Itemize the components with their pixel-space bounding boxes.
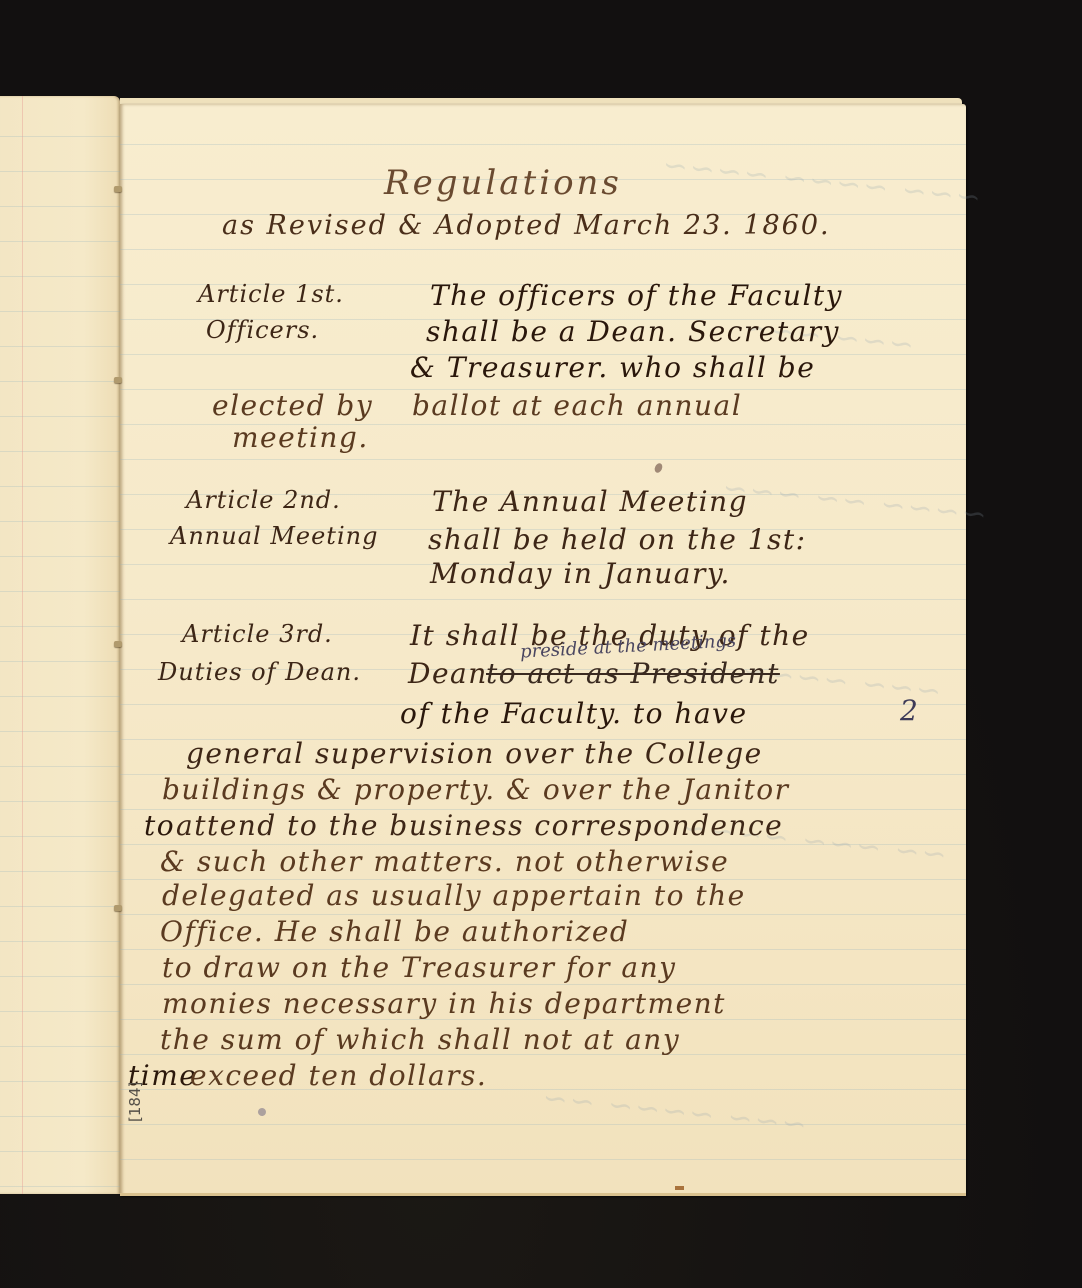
article-3-body-line: to draw on the Treasurer for any (162, 954, 676, 982)
page-subtitle: as Revised & Adopted March 23. 1860. (222, 212, 831, 239)
article-3-body-line: general supervision over the College (186, 740, 763, 768)
article-1-number: Article 1st. (198, 282, 344, 306)
article-2-line: Monday in January. (430, 560, 731, 588)
struck-through-text: to act as President (486, 660, 780, 688)
article-3-body-line: exceed ten dollars. (190, 1062, 487, 1090)
folio-number: [184] (126, 1082, 144, 1122)
article-1-line: ballot at each annual (412, 392, 742, 420)
margin-note-number: 2 (900, 694, 918, 727)
binding-stitch (114, 641, 122, 647)
article-3-body-line: Office. He shall be authorized (160, 918, 629, 946)
article-3-body-line: & such other matters. not otherwise (160, 848, 729, 876)
binding-stitch (114, 186, 122, 192)
article-3-number: Article 3rd. (182, 622, 333, 646)
binding-stitch (114, 377, 122, 383)
page-bottom-edge (120, 1193, 966, 1196)
article-1-line: meeting. (232, 424, 369, 452)
page-edge-mark (675, 1186, 684, 1190)
left-page-verso (0, 96, 120, 1194)
article-1-line: shall be a Dean. Secretary (426, 318, 840, 346)
article-2-line: shall be held on the 1st: (428, 526, 807, 554)
article-3-body-line: monies necessary in his department (162, 990, 726, 1018)
article-3-line: of the Faculty. to have (400, 700, 748, 728)
article-1-topic: Officers. (206, 318, 319, 342)
article-3-body-line: delegated as usually appertain to the (162, 882, 746, 910)
binding-stitch (114, 905, 122, 911)
article-1-line: elected by (212, 392, 373, 420)
article-3-topic: Duties of Dean. (158, 660, 361, 684)
article-3-body-line: the sum of which shall not at any (160, 1026, 680, 1054)
article-3-body-line: attend to the business correspondence (176, 812, 783, 840)
article-1-line: The officers of the Faculty (430, 282, 843, 310)
article-3-body-line: buildings & property. & over the Janitor (162, 776, 790, 804)
article-3-line: Dean (408, 660, 488, 688)
ruled-lines (0, 96, 120, 1194)
article-1-line: & Treasurer. who shall be (410, 354, 815, 382)
margin-rule (22, 96, 23, 1194)
page-title: Regulations (384, 166, 622, 200)
article-2-topic: Annual Meeting (170, 524, 378, 548)
article-2-line: The Annual Meeting (432, 488, 748, 516)
inserted-word-to: to (144, 812, 175, 840)
article-2-number: Article 2nd. (186, 488, 341, 512)
